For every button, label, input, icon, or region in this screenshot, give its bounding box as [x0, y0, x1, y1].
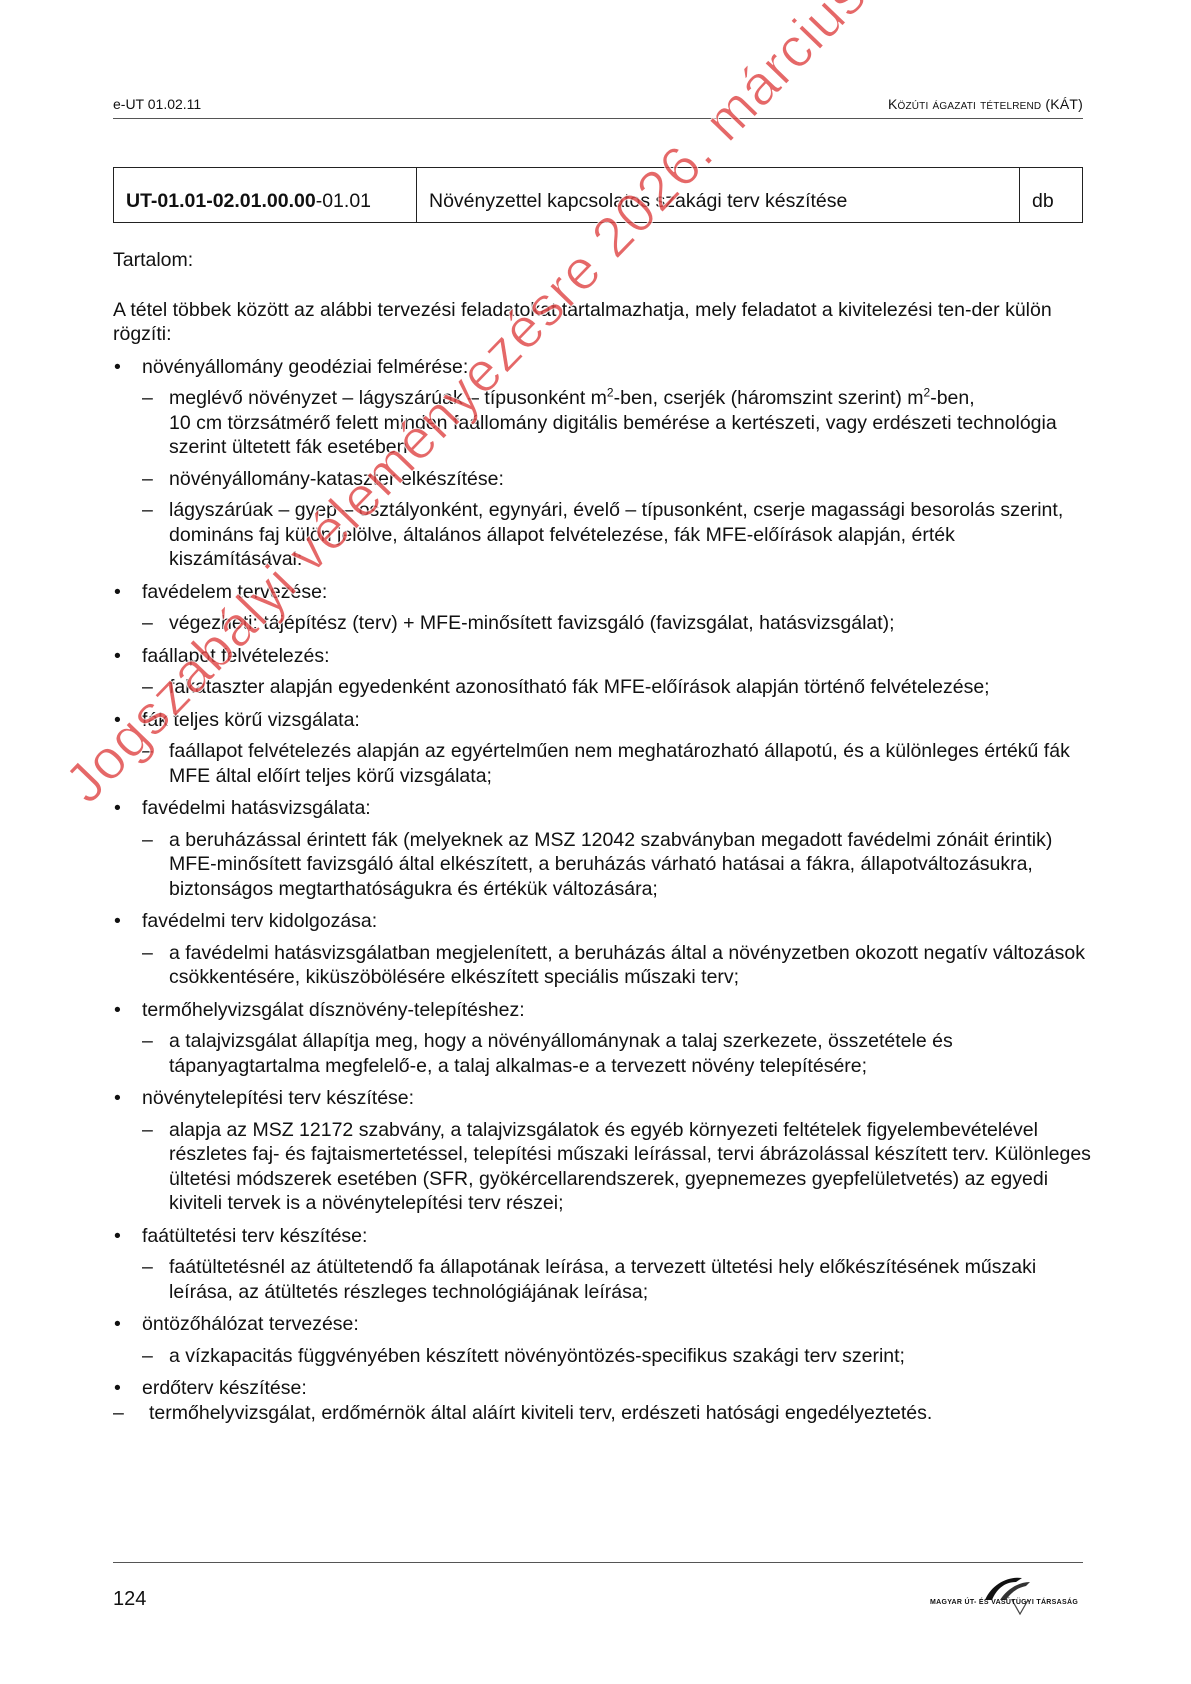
- section-title: öntözőhálózat tervezése:: [142, 1313, 359, 1335]
- sub-list-item: –a vízkapacitás függvényében készített n…: [142, 1344, 1093, 1369]
- dash-marker: –: [142, 1344, 153, 1369]
- task-section: •faátültetési terv készítése:–faátülteté…: [113, 1224, 1093, 1305]
- publisher-name: Magyar Út- és Vasútügyi Társaság: [930, 1599, 1078, 1606]
- sub-list-item: –a talajvizsgálat állapítja meg, hogy a …: [142, 1029, 1093, 1078]
- section-title: favédelem tervezése:: [142, 581, 327, 603]
- task-section: •növényállomány geodéziai felmérése:–meg…: [113, 355, 1093, 572]
- task-list: •növényállomány geodéziai felmérése:–meg…: [113, 355, 1093, 1401]
- task-section: •erdőterv készítése:: [113, 1376, 1093, 1401]
- task-section: •növénytelepítési terv készítése:–alapja…: [113, 1086, 1093, 1216]
- bullet-marker: •: [114, 708, 121, 733]
- item-text: a vízkapacitás függvényében készített nö…: [169, 1345, 905, 1367]
- page-number: 124: [113, 1588, 146, 1611]
- page-header: e-UT 01.02.11 Közúti ágazati tételrend (…: [113, 96, 1083, 119]
- sub-list: –fakataszter alapján egyedenként azonosí…: [142, 675, 1093, 700]
- section-title: favédelmi terv kidolgozása:: [142, 910, 377, 932]
- sub-list-item: –meglévő növényzet – lágyszárúak – típus…: [142, 386, 1093, 460]
- item-text: meglévő növényzet – lágyszárúak – típuso…: [169, 387, 607, 409]
- item-text: lágyszárúak – gyep – osztályonként, egyn…: [169, 499, 1063, 570]
- sub-list: –a beruházással érintett fák (melyeknek …: [142, 828, 1093, 902]
- sub-list: –a favédelmi hatásvizsgálatban megjelení…: [142, 941, 1093, 990]
- content-body: Tartalom: A tétel többek között az alább…: [113, 248, 1093, 1425]
- task-section: •fák teljes körű vizsgálata:–faállapot f…: [113, 708, 1093, 789]
- item-text: faátültetésnél az átültetendő fa állapot…: [169, 1256, 1036, 1303]
- item-text: fakataszter alapján egyedenként azonosít…: [169, 676, 990, 698]
- intro-paragraph: A tétel többek között az alábbi tervezés…: [113, 298, 1088, 347]
- sub-list-item: –fakataszter alapján egyedenként azonosí…: [142, 675, 1093, 700]
- bullet-marker: •: [114, 796, 121, 821]
- sub-list: –végezheti: tájépítész (terv) + MFE-minő…: [142, 611, 1093, 636]
- document-title: Közúti ágazati tételrend (KÁT): [888, 96, 1083, 112]
- sub-list-item: –a favédelmi hatásvizsgálatban megjelení…: [142, 941, 1093, 990]
- bullet-marker: •: [114, 1376, 121, 1401]
- section-title: növénytelepítési terv készítése:: [142, 1087, 414, 1109]
- sub-list-item: –faátültetésnél az átültetendő fa állapo…: [142, 1255, 1093, 1304]
- task-section: •öntözőhálózat tervezése:–a vízkapacitás…: [113, 1312, 1093, 1368]
- dash-marker: –: [142, 1255, 153, 1280]
- bullet-marker: •: [114, 644, 121, 669]
- section-title: erdőterv készítése:: [142, 1377, 307, 1399]
- sub-list: –meglévő növényzet – lágyszárúak – típus…: [142, 386, 1093, 572]
- dash-marker: –: [142, 386, 153, 411]
- sub-list-item: –növényállomány-kataszter elkészítése:: [142, 467, 1093, 492]
- item-text: növényállomány-kataszter elkészítése:: [169, 468, 504, 490]
- task-section: •favédelmi hatásvizsgálata:–a beruházáss…: [113, 796, 1093, 901]
- section-title: favédelmi hatásvizsgálata:: [142, 797, 371, 819]
- item-title: Növényzettel kapcsolatos szakági terv ké…: [417, 168, 1020, 223]
- dash-marker: –: [142, 941, 153, 966]
- sub-list-item: –végezheti: tájépítész (terv) + MFE-minő…: [142, 611, 1093, 636]
- section-title: faátültetési terv készítése:: [142, 1225, 367, 1247]
- sub-list-item: –alapja az MSZ 12172 szabvány, a talajvi…: [142, 1118, 1093, 1216]
- document-code: e-UT 01.02.11: [113, 96, 201, 112]
- item-text: végezheti: tájépítész (terv) + MFE-minős…: [169, 612, 895, 634]
- sub-list: –faátültetésnél az átültetendő fa állapo…: [142, 1255, 1093, 1304]
- sub-list-item: –lágyszárúak – gyep – osztályonként, egy…: [142, 498, 1093, 572]
- dash-marker: –: [142, 675, 153, 700]
- bullet-marker: •: [114, 1312, 121, 1337]
- item-text: 10 cm törzsátmérő felett minden faállomá…: [169, 412, 1057, 459]
- dash-marker: –: [113, 1401, 124, 1426]
- superscript: 2: [607, 386, 614, 400]
- bullet-marker: •: [114, 1224, 121, 1249]
- dash-marker: –: [142, 1029, 153, 1054]
- sub-list-item: –a beruházással érintett fák (melyeknek …: [142, 828, 1093, 902]
- bullet-marker: •: [114, 1086, 121, 1111]
- item-text: alapja az MSZ 12172 szabvány, a talajviz…: [169, 1119, 1091, 1215]
- dash-marker: –: [142, 739, 153, 764]
- dash-marker: –: [142, 467, 153, 492]
- item-text: a favédelmi hatásvizsgálatban megjelenít…: [169, 942, 1085, 989]
- road-wing-logo-icon: [930, 1570, 1085, 1620]
- sub-list: –a talajvizsgálat állapítja meg, hogy a …: [142, 1029, 1093, 1078]
- item-table: UT-01.01-02.01.00.00-01.01 Növényzettel …: [113, 167, 1083, 223]
- section-title: növényállomány geodéziai felmérése:: [142, 356, 468, 378]
- bullet-marker: •: [114, 909, 121, 934]
- sub-list: –a vízkapacitás függvényében készített n…: [142, 1344, 1093, 1369]
- item-row: UT-01.01-02.01.00.00-01.01 Növényzettel …: [114, 168, 1083, 223]
- dash-marker: –: [142, 1118, 153, 1143]
- item-text: -ben, cserjék (háromszint szerint) m: [614, 387, 924, 409]
- section-title: faállapot felvételezés:: [142, 645, 330, 667]
- item-code: UT-01.01-02.01.00.00-01.01: [114, 168, 417, 223]
- item-text: -ben,: [930, 387, 974, 409]
- bullet-marker: •: [114, 580, 121, 605]
- dash-marker: –: [142, 611, 153, 636]
- item-text: a beruházással érintett fák (melyeknek a…: [169, 829, 1052, 900]
- publisher-logo: Magyar Út- és Vasútügyi Társaság: [930, 1570, 1085, 1620]
- final-list-item: – termőhelyvizsgálat, erdőmérnök által a…: [113, 1401, 1093, 1426]
- sub-list: –faállapot felvételezés alapján az egyér…: [142, 739, 1093, 788]
- section-title: fák teljes körű vizsgálata:: [142, 709, 360, 731]
- dash-marker: –: [142, 498, 153, 523]
- item-text: a talajvizsgálat állapítja meg, hogy a n…: [169, 1030, 953, 1077]
- item-unit: db: [1020, 168, 1083, 223]
- sub-list: –alapja az MSZ 12172 szabvány, a talajvi…: [142, 1118, 1093, 1216]
- content-label: Tartalom:: [113, 248, 1093, 273]
- sub-list-item: –faállapot felvételezés alapján az egyér…: [142, 739, 1093, 788]
- task-section: •favédelmi terv kidolgozása:–a favédelmi…: [113, 909, 1093, 990]
- final-item-text: termőhelyvizsgálat, erdőmérnök által alá…: [149, 1402, 932, 1424]
- item-text: faállapot felvételezés alapján az egyért…: [169, 740, 1070, 787]
- task-section: •termőhelyvizsgálat dísznövény-telepítés…: [113, 998, 1093, 1079]
- task-section: •faállapot felvételezés:–fakataszter ala…: [113, 644, 1093, 700]
- item-code-suffix: -01.01: [316, 190, 371, 212]
- section-title: termőhelyvizsgálat dísznövény-telepítésh…: [142, 999, 525, 1021]
- bullet-marker: •: [114, 355, 121, 380]
- footer-divider: [113, 1562, 1083, 1563]
- task-section: •favédelem tervezése:–végezheti: tájépít…: [113, 580, 1093, 636]
- item-code-main: UT-01.01-02.01.00.00: [126, 190, 316, 212]
- bullet-marker: •: [114, 998, 121, 1023]
- dash-marker: –: [142, 828, 153, 853]
